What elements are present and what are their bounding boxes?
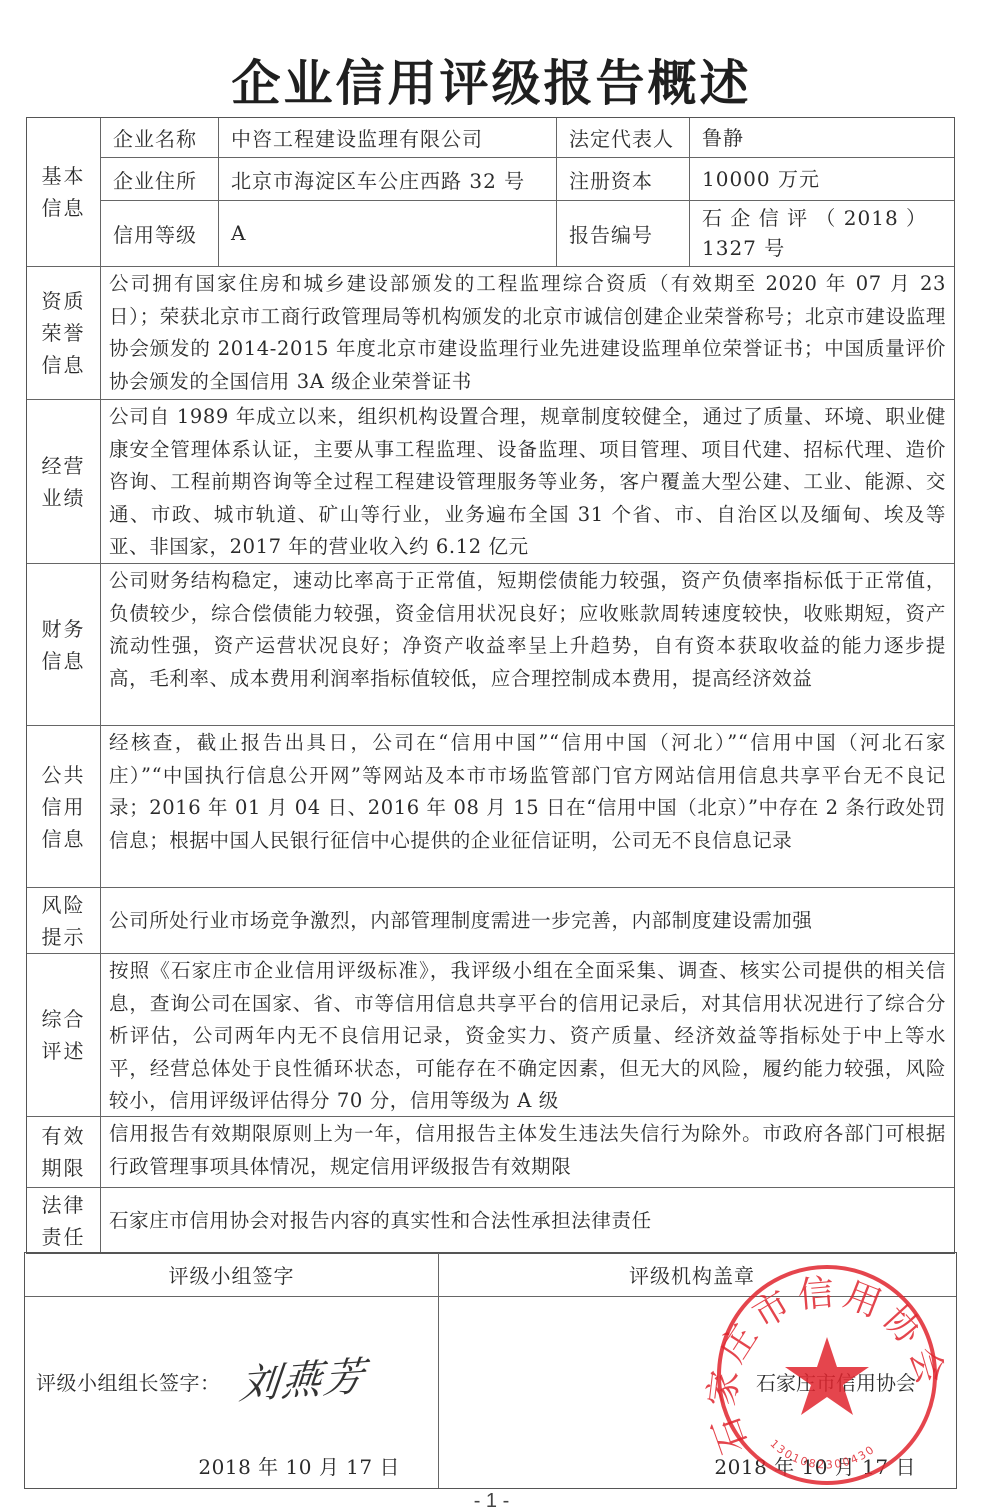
- section-row-summary: 综合评述 按照《石家庄市企业信用评级标准》，我评级小组在全面采集、调查、核实公司…: [27, 953, 954, 1116]
- section-label: 经营业绩: [27, 400, 101, 563]
- report-number: 石 企 信 评 （ 2018 ）1327 号: [690, 201, 954, 266]
- section-row-legal: 法律责任 石家庄市信用协会对报告内容的真实性和合法性承担法律责任: [27, 1187, 954, 1253]
- basic-row: 企业名称 中咨工程建设监理有限公司 法定代表人 鲁静: [101, 118, 954, 157]
- section-row-finance: 财务信息 公司财务结构稳定，速动比率高于正常值，短期偿债能力较强，资产负债率指标…: [27, 563, 954, 725]
- handwritten-signature: 刘燕芳: [237, 1344, 369, 1410]
- section-row-validity: 有效期限 信用报告有效期限原则上为一年，信用报告主体发生违法失信行为除外。市政府…: [27, 1116, 954, 1187]
- section-label: 财务信息: [27, 564, 101, 725]
- signature-header: 评级小组签字 评级机构盖章: [25, 1253, 956, 1297]
- section-label: 法律责任: [27, 1188, 101, 1253]
- section-text: 按照《石家庄市企业信用评级标准》，我评级小组在全面采集、调查、核实公司提供的相关…: [101, 954, 954, 1116]
- registered-capital: 10000 万元: [690, 158, 954, 199]
- section-text: 经核查，截止报告出具日，公司在“信用中国”“信用中国（河北）”“信用中国（河北石…: [101, 726, 954, 887]
- section-label: 公共信用信息: [27, 726, 101, 887]
- field-label: 法定代表人: [557, 118, 690, 157]
- basic-info-grid: 企业名称 中咨工程建设监理有限公司 法定代表人 鲁静 企业住所 北京市海淀区车公…: [101, 118, 954, 266]
- leader-signature-label: 评级小组组长签字：: [36, 1367, 221, 1396]
- field-label: 报告编号: [557, 201, 690, 266]
- basic-row: 信用等级 A 报告编号 石 企 信 评 （ 2018 ）1327 号: [101, 200, 954, 266]
- org-seal-cell: 石家庄市信用协会 2018 年 10 月 17 日: [439, 1297, 956, 1488]
- page-number: - 1 -: [0, 1490, 983, 1510]
- field-label: 信用等级: [101, 201, 219, 266]
- section-row-public-credit: 公共信用信息 经核查，截止报告出具日，公司在“信用中国”“信用中国（河北）”“信…: [27, 725, 954, 887]
- section-text: 公司财务结构稳定，速动比率高于正常值，短期偿债能力较强，资产负债率指标低于正常值…: [101, 564, 954, 725]
- section-text: 公司自 1989 年成立以来，组织机构设置合理，规章制度较健全，通过了质量、环境…: [101, 400, 954, 563]
- report-table: 基本信息 企业名称 中咨工程建设监理有限公司 法定代表人 鲁静 企业住所 北京市…: [26, 117, 955, 1254]
- section-row-risk: 风险提示 公司所处行业市场竞争激烈，内部管理制度需进一步完善，内部制度建设需加强: [27, 887, 954, 953]
- section-label: 基本信息: [27, 118, 101, 266]
- org-seal-header: 评级机构盖章: [439, 1253, 956, 1296]
- basic-info-row: 基本信息 企业名称 中咨工程建设监理有限公司 法定代表人 鲁静 企业住所 北京市…: [27, 118, 954, 266]
- basic-row: 企业住所 北京市海淀区车公庄西路 32 号 注册资本 10000 万元: [101, 157, 954, 199]
- section-text: 信用报告有效期限原则上为一年，信用报告主体发生违法失信行为除外。市政府各部门可根…: [101, 1117, 954, 1187]
- org-seal-date: 2018 年 10 月 17 日: [714, 1451, 916, 1480]
- company-name: 中咨工程建设监理有限公司: [219, 118, 557, 157]
- field-label: 企业住所: [101, 158, 219, 199]
- company-address: 北京市海淀区车公庄西路 32 号: [219, 158, 557, 199]
- signature-body: 评级小组组长签字： 刘燕芳 2018 年 10 月 17 日 石家庄市信用协会 …: [25, 1297, 956, 1488]
- legal-representative: 鲁静: [690, 118, 954, 157]
- team-signature-cell: 评级小组组长签字： 刘燕芳 2018 年 10 月 17 日: [25, 1297, 439, 1488]
- section-label: 资质荣誉信息: [27, 267, 101, 399]
- section-text: 公司所处行业市场竞争激烈，内部管理制度需进一步完善，内部制度建设需加强: [101, 888, 954, 953]
- section-label: 有效期限: [27, 1117, 101, 1187]
- signature-table: 评级小组签字 评级机构盖章 评级小组组长签字： 刘燕芳 2018 年 10 月 …: [24, 1252, 957, 1489]
- section-label: 综合评述: [27, 954, 101, 1116]
- section-text: 石家庄市信用协会对报告内容的真实性和合法性承担法律责任: [101, 1188, 954, 1253]
- team-sign-date: 2018 年 10 月 17 日: [198, 1451, 400, 1480]
- field-label: 注册资本: [557, 158, 690, 199]
- org-name: 石家庄市信用协会: [756, 1367, 916, 1396]
- team-signature-header: 评级小组签字: [25, 1253, 439, 1296]
- section-text: 公司拥有国家住房和城乡建设部颁发的工程监理综合资质（有效期至 2020 年 07…: [101, 267, 954, 399]
- document-title: 企业信用评级报告概述: [0, 56, 983, 112]
- section-row-qualification: 资质荣誉信息 公司拥有国家住房和城乡建设部颁发的工程监理综合资质（有效期至 20…: [27, 266, 954, 399]
- section-label: 风险提示: [27, 888, 101, 953]
- field-label: 企业名称: [101, 118, 219, 157]
- credit-grade: A: [219, 201, 557, 266]
- section-row-performance: 经营业绩 公司自 1989 年成立以来，组织机构设置合理，规章制度较健全，通过了…: [27, 399, 954, 563]
